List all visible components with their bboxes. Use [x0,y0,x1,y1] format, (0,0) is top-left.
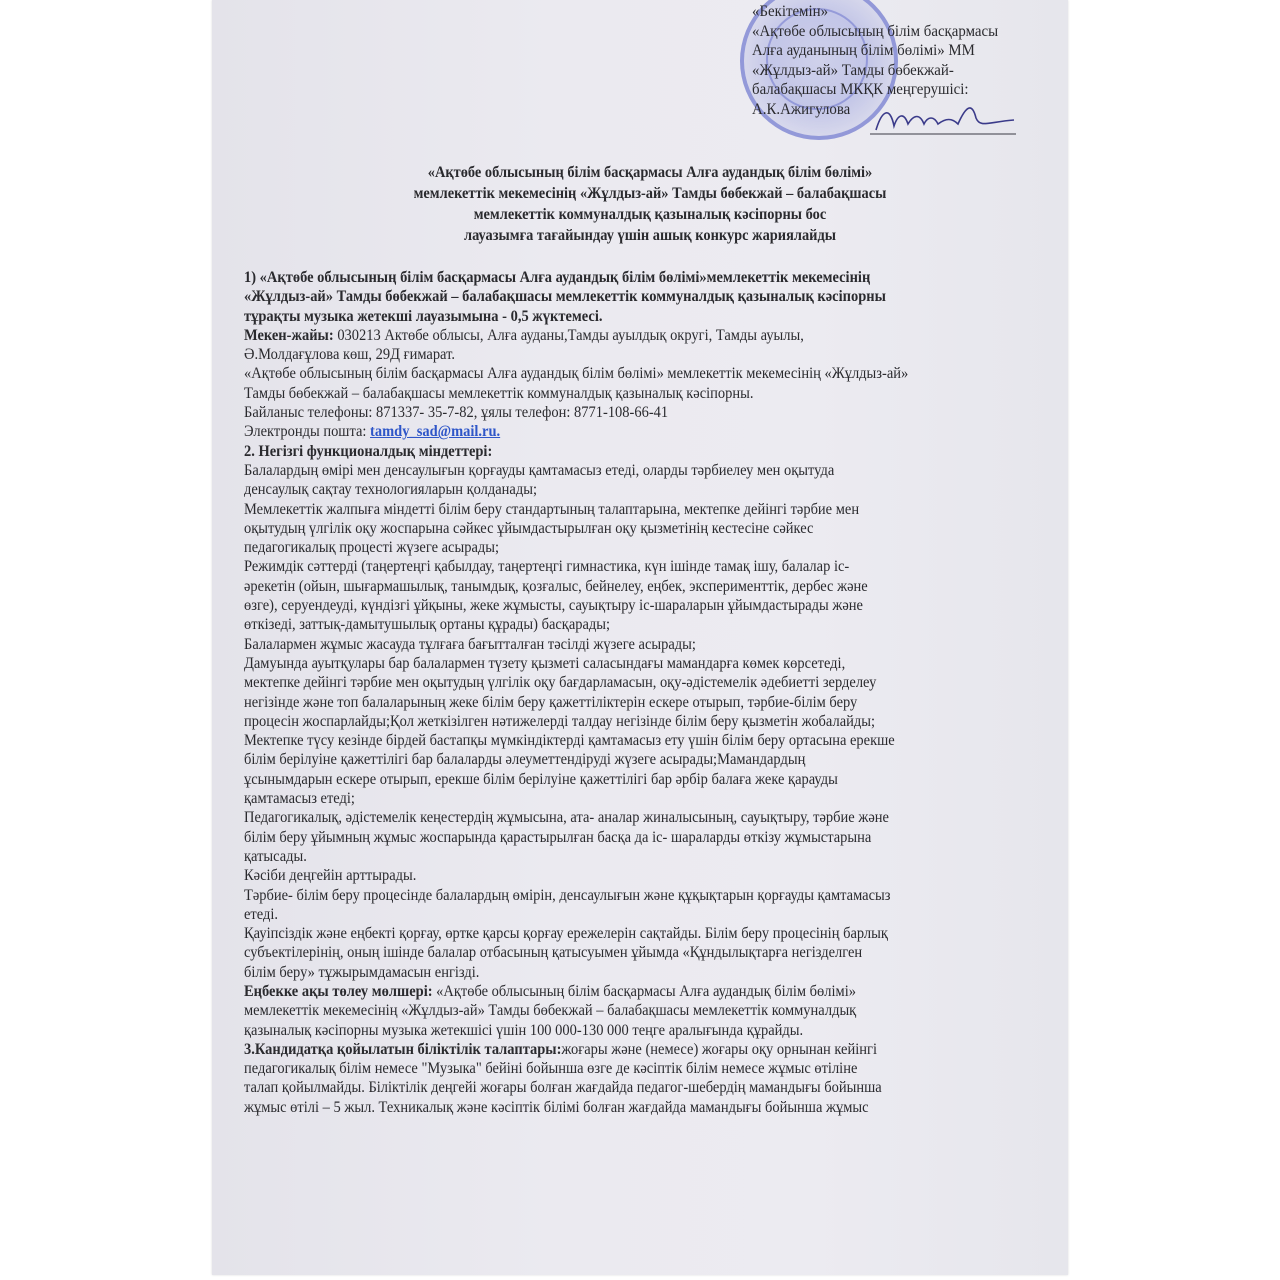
duty-line: етеді. [244,905,1040,924]
document-body: 1) «Ақтөбе облысының білім басқармасы Ал… [244,268,1040,1117]
duty-line: Мемлекеттік жалпыға міндетті білім беру … [244,500,1040,519]
duty-line: Мектепке түсу кезінде бірдей бастапқы мү… [244,731,1040,750]
requirement-line: жұмыс өтілі – 5 жыл. Техникалық және кәс… [244,1098,1040,1117]
salary-line: мемлекеттік мекемесінің «Жұлдыз-ай» Тамд… [244,1001,1040,1020]
duty-line: қатысады. [244,847,1040,866]
duty-line: субъектілерінің, оның ішінде балалар отб… [244,943,1040,962]
salary-line: Еңбекке ақы төлеу мөлшері: «Ақтөбе облыс… [244,982,1040,1001]
section2-heading: 2. Негізгі функционалдық міндеттері: [244,442,1040,461]
section3-list: педагогикалық білім немесе "Музыка" бейі… [244,1059,1040,1117]
duty-line: Кәсіби деңгейін арттырады. [244,866,1040,885]
duty-line: денсаулық сақтау технологияларын қолдана… [244,480,1040,499]
duty-line: педагогикалық процесті жүзеге асырады; [244,538,1040,557]
requirement-line: талап қойылмайды. Біліктілік деңгейі жоғ… [244,1078,1040,1097]
approval-line: Алға ауданының білім бөлімі» ММ [752,41,1040,61]
duty-line: негізінде және топ балаларының жеке білі… [244,693,1040,712]
section3-line: 3.Кандидатқа қойылатын біліктілік талапт… [244,1040,1040,1059]
duty-line: әрекетін (ойын, шығармашылық, танымдық, … [244,577,1040,596]
signature-icon [868,100,1018,140]
address-line: Ә.Молдағұлова көш, 29Д ғимарат. [244,345,1040,364]
address-value: 030213 Актөбе облысы, Алға ауданы,Тамды … [334,327,804,344]
email-label: Электронды пошта: [244,423,370,440]
duty-line: өткізеді, заттық-дамытушылық ортаны құра… [244,615,1040,634]
approval-line: «Ақтөбе облысының білім басқармасы [752,22,1040,42]
address-line: Мекен-жайы: 030213 Актөбе облысы, Алға а… [244,326,1040,345]
salary-label: Еңбекке ақы төлеу мөлшері: [244,983,433,1000]
section1-heading: «Жұлдыз-ай» Тамды бөбекжай – балабақшасы… [244,287,1040,306]
email-line: Электронды пошта: tamdy_sad@mail.ru. [244,422,1040,441]
org-line: Тамды бөбекжай – балабақшасы мемлекеттік… [244,384,1040,403]
duty-line: Дамуында ауытқулары бар балалармен түзет… [244,654,1040,673]
title-line: «Ақтөбе облысының білім басқармасы Алға … [281,162,1019,183]
requirement-line: педагогикалық білім немесе "Музыка" бейі… [244,1059,1040,1078]
approval-line: «Бекітемін» [752,2,1040,22]
title-line: мемлекеттік коммуналдық қазыналық кәсіпо… [281,204,1019,225]
duty-line: Режимдік сәттерді (таңертеңгі қабылдау, … [244,557,1040,576]
duty-line: білім беру ұйымның жұмыс жоспарында қара… [244,828,1040,847]
title-line: лауазымға тағайындау үшін ашық конкурс ж… [281,225,1019,246]
duty-line: оқытудың үлгілік оқу жоспарына сәйкес ұй… [244,519,1040,538]
section3-text: жоғары және (немесе) жоғары оқу орнынан … [561,1041,877,1058]
section1-heading: тұрақты музыка жетекші лауазымына - 0,5 … [244,307,1040,326]
email-link[interactable]: tamdy_sad@mail.ru. [370,423,500,440]
approval-line: «Жұлдыз-ай» Тамды бөбекжай- [752,61,1040,81]
title-line: мемлекеттік мекемесінің «Жұлдыз-ай» Тамд… [281,183,1019,204]
announcement-title: «Ақтөбе облысының білім басқармасы Алға … [240,162,1060,246]
org-line: «Ақтөбе облысының білім басқармасы Алға … [244,364,1040,383]
salary-text: «Ақтөбе облысының білім басқармасы Алға … [433,983,856,1000]
duty-line: мектепке дейінгі тәрбие мен оқытудың үлг… [244,673,1040,692]
duty-line: Педагогикалық, әдістемелік кеңестердің ж… [244,808,1040,827]
section1-heading: 1) «Ақтөбе облысының білім басқармасы Ал… [244,268,1040,287]
duty-line: білім беру» тұжырымдамасын енгізді. [244,963,1040,982]
duty-line: Балалармен жұмыс жасауда тұлғаға бағытта… [244,635,1040,654]
duty-line: қамтамасыз етеді; [244,789,1040,808]
duty-line: ұсынымдарын ескере отырып, ерекше білім … [244,770,1040,789]
duty-line: Балалардың өмірі мен денсаулығын қорғауд… [244,461,1040,480]
duty-line: білім берілуіне қажеттілігі бар балалард… [244,750,1040,769]
duty-line: Тәрбие- білім беру процесінде балалардың… [244,886,1040,905]
phone-line: Байланыс телефоны: 871337- 35-7-82, ұялы… [244,403,1040,422]
duty-line: өзге), серуендеуді, күндізгі ұйқыны, жек… [244,596,1040,615]
approval-line: балабақшасы МКҚК меңгерушісі: [752,80,1040,100]
duty-line: Қауіпсіздік және еңбекті қорғау, өртке қ… [244,924,1040,943]
address-label: Мекен-жайы: [244,327,334,344]
section2-list: Балалардың өмірі мен денсаулығын қорғауд… [244,461,1040,982]
duty-line: процесін жоспарлайды;Қол жеткізілген нәт… [244,712,1040,731]
salary-line: қазыналық кәсіпорны музыка жетекшісі үші… [244,1021,1040,1040]
section3-label: 3.Кандидатқа қойылатын біліктілік талапт… [244,1041,561,1058]
